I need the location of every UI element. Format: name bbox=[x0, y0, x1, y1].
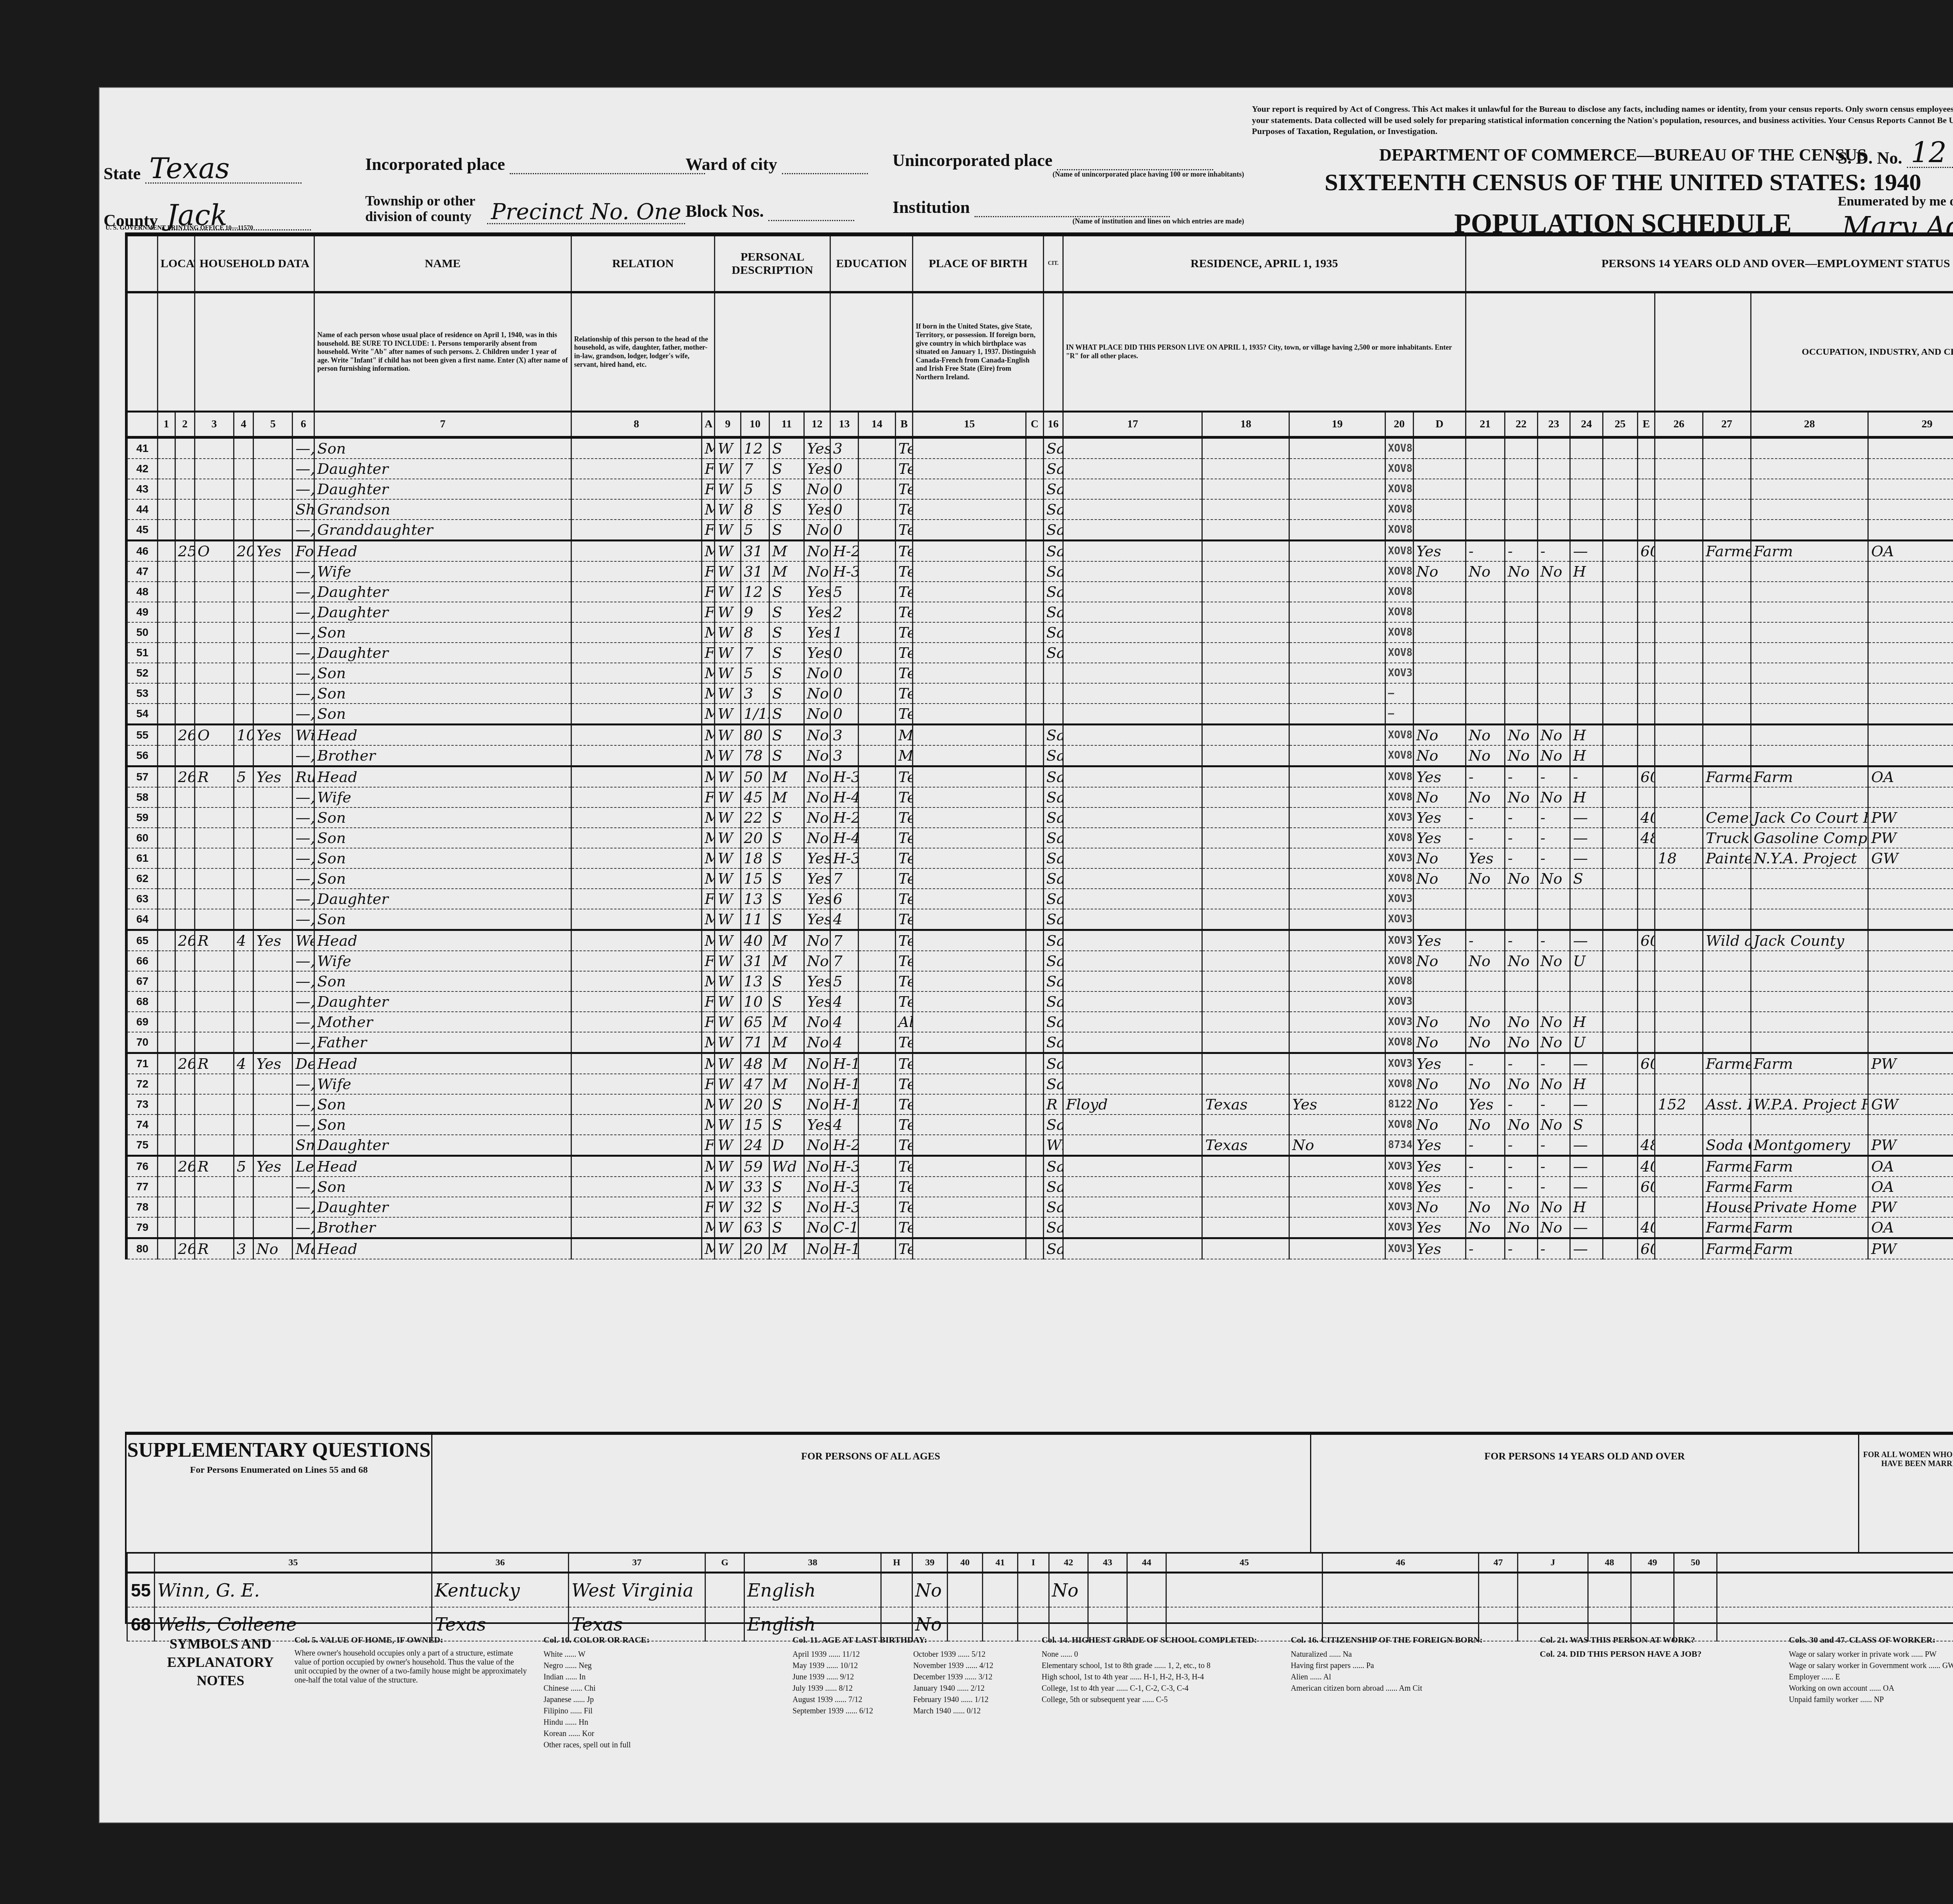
table-row: 44Sharp, ElmerGrandsonMW8SYes0TexasSame … bbox=[127, 499, 1953, 520]
birth-code bbox=[913, 1238, 1026, 1259]
note-item: Naturalized ...... Na bbox=[1291, 1649, 1524, 1660]
sex: F bbox=[702, 643, 714, 663]
citizenship bbox=[1026, 1135, 1044, 1156]
had-job: - bbox=[1537, 807, 1570, 828]
residence-1935-county bbox=[1063, 909, 1202, 930]
class-of-worker: PW bbox=[1868, 1238, 1953, 1259]
home-value bbox=[234, 479, 253, 499]
supp-column-number: 42 bbox=[1049, 1553, 1088, 1573]
had-job bbox=[1537, 991, 1570, 1012]
had-job bbox=[1537, 683, 1570, 704]
hours-worked: 60 bbox=[1637, 541, 1655, 562]
activity-type: — bbox=[1570, 1217, 1603, 1238]
street bbox=[158, 1217, 175, 1238]
weeks-unemployed bbox=[1655, 1012, 1703, 1032]
marital-status: M bbox=[769, 930, 804, 951]
age: 13 bbox=[741, 889, 769, 909]
owned-rented bbox=[195, 909, 234, 930]
line-number: 41 bbox=[127, 438, 158, 459]
column-number: 2 bbox=[175, 412, 195, 438]
residence-1935-city: Same Place bbox=[1043, 766, 1063, 788]
note-item: High school, 1st to 4th year ...... H-1,… bbox=[1042, 1672, 1275, 1683]
highest-grade: 5 bbox=[830, 582, 858, 602]
emergency-work bbox=[1466, 971, 1505, 991]
line-number: 80 bbox=[127, 1238, 158, 1259]
relation-code bbox=[571, 438, 702, 459]
owned-rented bbox=[195, 582, 234, 602]
home-value bbox=[234, 499, 253, 520]
residence-1935-city: Same Place bbox=[1043, 520, 1063, 541]
supp-column-number: 45 bbox=[1166, 1553, 1323, 1573]
marital-status: S bbox=[769, 991, 804, 1012]
home-value bbox=[234, 745, 253, 766]
activity-type bbox=[1570, 909, 1603, 930]
class-of-worker bbox=[1868, 991, 1953, 1012]
owned-rented bbox=[195, 1032, 234, 1053]
street bbox=[158, 1012, 175, 1032]
age: 71 bbox=[741, 1032, 769, 1053]
residence-1935-state: Texas bbox=[1202, 1135, 1289, 1156]
age: 33 bbox=[741, 1177, 769, 1197]
education-code bbox=[859, 1238, 896, 1259]
marital-status: S bbox=[769, 828, 804, 848]
citizenship bbox=[1026, 909, 1044, 930]
race: W bbox=[715, 1135, 741, 1156]
school-attendance: No bbox=[804, 828, 830, 848]
street bbox=[158, 1094, 175, 1115]
owned-rented bbox=[195, 602, 234, 622]
industry: Farm bbox=[1751, 1177, 1868, 1197]
weeks-unemployed bbox=[1655, 643, 1703, 663]
incorporated-place-field: Incorporated place bbox=[365, 154, 705, 174]
occupation bbox=[1703, 622, 1751, 643]
age: 31 bbox=[741, 541, 769, 562]
table-row: 67—, J. C.SonMW13SYes5TexasSame PlaceXOV… bbox=[127, 971, 1953, 991]
class-of-worker bbox=[1868, 643, 1953, 663]
residence-1935-state bbox=[1202, 704, 1289, 725]
birth-code bbox=[913, 561, 1026, 582]
emergency-work: - bbox=[1466, 1156, 1505, 1177]
seeking-work: No bbox=[1505, 725, 1537, 746]
hours-worked bbox=[1637, 889, 1655, 909]
birthplace: Texas bbox=[895, 520, 913, 541]
owned-rented bbox=[195, 991, 234, 1012]
seeking-work bbox=[1505, 991, 1537, 1012]
at-work bbox=[1413, 438, 1466, 459]
street bbox=[158, 663, 175, 683]
emergency-work: No bbox=[1466, 745, 1505, 766]
highest-grade: C-1 bbox=[830, 1217, 858, 1238]
incorporated-place-value bbox=[510, 173, 705, 174]
supp-column-number: 48 bbox=[1588, 1553, 1631, 1573]
relation-code bbox=[571, 1177, 702, 1197]
column-number: 6 bbox=[293, 412, 314, 438]
sex: M bbox=[702, 622, 714, 643]
birthplace: Texas bbox=[895, 1135, 913, 1156]
home-value bbox=[234, 1032, 253, 1053]
house-number: 260 bbox=[175, 725, 195, 746]
farm-residence: No bbox=[253, 1238, 293, 1259]
person-name: —, Vernon bbox=[293, 1115, 314, 1135]
person-name: —, Robert bbox=[293, 1094, 314, 1115]
residence-1935-state bbox=[1202, 1053, 1289, 1074]
relation-code bbox=[571, 1012, 702, 1032]
note-col14-list: None ...... 0Elementary school, 1st to 8… bbox=[1042, 1649, 1275, 1706]
sex: M bbox=[702, 1032, 714, 1053]
age: 1/12 bbox=[741, 704, 769, 725]
residence-1935-state bbox=[1202, 766, 1289, 788]
house-number: 261 bbox=[175, 766, 195, 788]
occupation: Wild animal trapper bbox=[1703, 930, 1751, 951]
activity-type: H bbox=[1570, 745, 1603, 766]
birthplace: Texas bbox=[895, 787, 913, 807]
note-col21-24: Col. 21. WAS THIS PERSON AT WORK? Col. 2… bbox=[1540, 1635, 1773, 1799]
owned-rented bbox=[195, 643, 234, 663]
race: W bbox=[715, 745, 741, 766]
table-row: 43—, NoraDaughterFW5SNo0TexasSame PlaceX… bbox=[127, 479, 1953, 499]
desc-relation: Relationship of this person to the head … bbox=[571, 292, 715, 412]
residence-1935-farm bbox=[1289, 499, 1385, 520]
sex: M bbox=[702, 683, 714, 704]
occupation: Asst. Ledger bbox=[1703, 1094, 1751, 1115]
street bbox=[158, 991, 175, 1012]
seeking-work bbox=[1505, 622, 1537, 643]
hours-worked bbox=[1637, 704, 1655, 725]
hours-worked: 40 bbox=[1637, 1156, 1655, 1177]
relation-code bbox=[571, 1238, 702, 1259]
residence-1935-farm bbox=[1289, 909, 1385, 930]
industry: Private Home bbox=[1751, 1197, 1868, 1217]
emergency-work: - bbox=[1466, 766, 1505, 788]
residence-1935-state bbox=[1202, 541, 1289, 562]
residence-1935-city: Same Place bbox=[1043, 1217, 1063, 1238]
home-value bbox=[234, 1094, 253, 1115]
street bbox=[158, 787, 175, 807]
race: W bbox=[715, 663, 741, 683]
occupation: Farmer bbox=[1703, 766, 1751, 788]
education-code bbox=[859, 909, 896, 930]
activity-type bbox=[1570, 438, 1603, 459]
highest-grade: 4 bbox=[830, 991, 858, 1012]
relation: Mother bbox=[314, 1012, 571, 1032]
class-of-worker bbox=[1868, 725, 1953, 746]
column-number: 5 bbox=[253, 412, 293, 438]
education-code bbox=[859, 438, 896, 459]
supp-column-number: 35 bbox=[155, 1553, 432, 1573]
occupation bbox=[1703, 1012, 1751, 1032]
house-number bbox=[175, 582, 195, 602]
birth-code bbox=[913, 438, 1026, 459]
at-work bbox=[1413, 971, 1466, 991]
race: W bbox=[715, 1074, 741, 1094]
residence-1935-state bbox=[1202, 499, 1289, 520]
race: W bbox=[715, 991, 741, 1012]
table-row: 48—, Nina FayDaughterFW12SYes5TexasSame … bbox=[127, 582, 1953, 602]
home-value bbox=[234, 848, 253, 868]
sex: M bbox=[702, 704, 714, 725]
birthplace: Missouri bbox=[895, 745, 913, 766]
residence-code: XOV3 bbox=[1385, 1197, 1413, 1217]
weeks-unemployed bbox=[1655, 725, 1703, 746]
occupation bbox=[1703, 438, 1751, 459]
age: 22 bbox=[741, 807, 769, 828]
note-item: Negro ...... Neg bbox=[543, 1660, 777, 1672]
occupation bbox=[1703, 663, 1751, 683]
citizenship bbox=[1026, 1197, 1044, 1217]
class-of-worker bbox=[1868, 1032, 1953, 1053]
relation-code bbox=[571, 745, 702, 766]
race: W bbox=[715, 971, 741, 991]
farm-residence bbox=[253, 909, 293, 930]
emergency-work: - bbox=[1466, 1053, 1505, 1074]
relation-code bbox=[571, 1094, 702, 1115]
relation: Son bbox=[314, 1115, 571, 1135]
residence-1935-city: Same Place bbox=[1043, 1197, 1063, 1217]
employment-code bbox=[1603, 1135, 1637, 1156]
seeking-work: - bbox=[1505, 1094, 1537, 1115]
occupation bbox=[1703, 745, 1751, 766]
sex: M bbox=[702, 828, 714, 848]
highest-grade: H-3 bbox=[830, 561, 858, 582]
house-number bbox=[175, 499, 195, 520]
occupation bbox=[1703, 582, 1751, 602]
residence-1935-county bbox=[1063, 704, 1202, 725]
marital-status: S bbox=[769, 868, 804, 889]
marital-status: S bbox=[769, 438, 804, 459]
note-item: Chinese ...... Chi bbox=[543, 1683, 777, 1694]
emergency-work: - bbox=[1466, 930, 1505, 951]
desc-line bbox=[127, 292, 158, 412]
person-name: —, Henry bbox=[293, 438, 314, 459]
age: 40 bbox=[741, 930, 769, 951]
employment-code bbox=[1603, 1074, 1637, 1094]
residence-1935-county bbox=[1063, 643, 1202, 663]
weeks-unemployed bbox=[1655, 438, 1703, 459]
supp-blank bbox=[1631, 1573, 1674, 1608]
activity-type: — bbox=[1570, 1053, 1603, 1074]
education-code bbox=[859, 1115, 896, 1135]
marital-status: S bbox=[769, 909, 804, 930]
note-item: Having first papers ...... Pa bbox=[1291, 1660, 1524, 1672]
sex: M bbox=[702, 663, 714, 683]
weeks-unemployed bbox=[1655, 1032, 1703, 1053]
school-attendance: No bbox=[804, 1135, 830, 1156]
industry: Jack Co Court House bbox=[1751, 807, 1868, 828]
birth-code bbox=[913, 787, 1026, 807]
birth-code bbox=[913, 889, 1026, 909]
note-item: February 1940 ...... 1/12 bbox=[913, 1694, 1026, 1706]
line-number: 44 bbox=[127, 499, 158, 520]
note-item: None ...... 0 bbox=[1042, 1649, 1275, 1660]
citizenship bbox=[1026, 1074, 1044, 1094]
relation: Head bbox=[314, 1053, 571, 1074]
birthplace: Texas bbox=[895, 499, 913, 520]
race: W bbox=[715, 807, 741, 828]
residence-1935-state: Texas bbox=[1202, 1094, 1289, 1115]
occupation bbox=[1703, 704, 1751, 725]
street bbox=[158, 745, 175, 766]
activity-type bbox=[1570, 704, 1603, 725]
residence-1935-farm bbox=[1289, 541, 1385, 562]
note-col10-list: White ...... WNegro ...... NegIndian ...… bbox=[543, 1649, 777, 1751]
note-item: Employer ...... E bbox=[1789, 1672, 1953, 1683]
birth-code bbox=[913, 1115, 1026, 1135]
relation: Daughter bbox=[314, 991, 571, 1012]
home-value bbox=[234, 787, 253, 807]
activity-type: — bbox=[1570, 807, 1603, 828]
birth-code bbox=[913, 1074, 1026, 1094]
education-code bbox=[859, 1053, 896, 1074]
relation: Son bbox=[314, 704, 571, 725]
birthplace: Texas bbox=[895, 930, 913, 951]
person-name: —, Robert bbox=[293, 868, 314, 889]
birth-code bbox=[913, 602, 1026, 622]
class-of-worker bbox=[1868, 787, 1953, 807]
owned-rented: O bbox=[195, 725, 234, 746]
citizenship bbox=[1026, 704, 1044, 725]
highest-grade: 4 bbox=[830, 1032, 858, 1053]
age: 78 bbox=[741, 745, 769, 766]
farm-residence bbox=[253, 991, 293, 1012]
citizenship bbox=[1026, 479, 1044, 499]
marital-status: S bbox=[769, 1177, 804, 1197]
home-value bbox=[234, 807, 253, 828]
table-row: 76264R5YesLester, J. B. Sr. (X)HeadMW59W… bbox=[127, 1156, 1953, 1177]
had-job: No bbox=[1537, 787, 1570, 807]
occupation bbox=[1703, 889, 1751, 909]
marital-status: S bbox=[769, 622, 804, 643]
activity-type: H bbox=[1570, 1012, 1603, 1032]
education-code bbox=[859, 1094, 896, 1115]
birth-code bbox=[913, 1197, 1026, 1217]
line-number: 53 bbox=[127, 683, 158, 704]
citizenship bbox=[1026, 622, 1044, 643]
residence-1935-farm bbox=[1289, 683, 1385, 704]
hours-worked bbox=[1637, 479, 1655, 499]
desc-birth: If born in the United States, give State… bbox=[913, 292, 1043, 412]
industry bbox=[1751, 868, 1868, 889]
note-item: Wage or salary worker in private work ..… bbox=[1789, 1649, 1953, 1660]
owned-rented bbox=[195, 848, 234, 868]
home-value bbox=[234, 971, 253, 991]
note-item: American citizen born abroad ...... Am C… bbox=[1291, 1683, 1524, 1694]
house-number bbox=[175, 991, 195, 1012]
employment-code bbox=[1603, 1115, 1637, 1135]
race: W bbox=[715, 889, 741, 909]
hours-worked bbox=[1637, 1074, 1655, 1094]
farm-residence bbox=[253, 582, 293, 602]
school-attendance: No bbox=[804, 479, 830, 499]
emergency-work bbox=[1466, 683, 1505, 704]
residence-code: XOV3 bbox=[1385, 930, 1413, 951]
birthplace: Texas bbox=[895, 541, 913, 562]
employment-code bbox=[1603, 459, 1637, 479]
census-page: 16-292 A State Texas County Jack Incorpo… bbox=[100, 88, 1953, 1822]
had-job bbox=[1537, 889, 1570, 909]
activity-type bbox=[1570, 971, 1603, 991]
at-work: No bbox=[1413, 1094, 1466, 1115]
street bbox=[158, 541, 175, 562]
class-of-worker bbox=[1868, 951, 1953, 971]
relation-code bbox=[571, 663, 702, 683]
sex: M bbox=[702, 1156, 714, 1177]
column-number: 26 bbox=[1655, 412, 1703, 438]
residence-1935-county bbox=[1063, 1177, 1202, 1197]
supp-column-number: I bbox=[1018, 1553, 1049, 1573]
residence-1935-county bbox=[1063, 541, 1202, 562]
highest-grade: H-2 bbox=[830, 541, 858, 562]
residence-code: XOV3 bbox=[1385, 663, 1413, 683]
education-code bbox=[859, 868, 896, 889]
emergency-work bbox=[1466, 643, 1505, 663]
seeking-work: No bbox=[1505, 745, 1537, 766]
table-row: 52—, BillieSonMW5SNo0TexasXOV352 bbox=[127, 663, 1953, 683]
residence-1935-city: Same Place bbox=[1043, 807, 1063, 828]
relation-code bbox=[571, 909, 702, 930]
age: 20 bbox=[741, 1238, 769, 1259]
home-value bbox=[234, 951, 253, 971]
house-number bbox=[175, 889, 195, 909]
highest-grade: 4 bbox=[830, 909, 858, 930]
birthplace: Texas bbox=[895, 889, 913, 909]
weeks-unemployed bbox=[1655, 971, 1703, 991]
supp-column-number: G bbox=[705, 1553, 744, 1573]
occupation bbox=[1703, 909, 1751, 930]
person-name: —, Lillie (X) bbox=[293, 951, 314, 971]
had-job: - bbox=[1537, 766, 1570, 788]
employment-code bbox=[1603, 1238, 1637, 1259]
farm-residence bbox=[253, 459, 293, 479]
line-number: 71 bbox=[127, 1053, 158, 1074]
relation: Son bbox=[314, 807, 571, 828]
note-col30-title: Cols. 30 and 47. CLASS OF WORKER: bbox=[1789, 1635, 1953, 1645]
birth-code bbox=[913, 807, 1026, 828]
institution-note: (Name of institution and lines on which … bbox=[893, 217, 1244, 225]
residence-code: XOV8 bbox=[1385, 438, 1413, 459]
employment-code bbox=[1603, 745, 1637, 766]
hours-worked bbox=[1637, 683, 1655, 704]
residence-1935-city bbox=[1043, 663, 1063, 683]
sex: F bbox=[702, 1012, 714, 1032]
class-of-worker: PW bbox=[1868, 1053, 1953, 1074]
weeks-unemployed bbox=[1655, 1074, 1703, 1094]
residence-1935-city: Same Place bbox=[1043, 1074, 1063, 1094]
hours-worked bbox=[1637, 1094, 1655, 1115]
emergency-work: - bbox=[1466, 1177, 1505, 1197]
emergency-work bbox=[1466, 520, 1505, 541]
race: W bbox=[715, 787, 741, 807]
hours-worked bbox=[1637, 787, 1655, 807]
industry: Farm bbox=[1751, 1156, 1868, 1177]
hours-worked: 48 bbox=[1637, 1135, 1655, 1156]
activity-type bbox=[1570, 479, 1603, 499]
residence-1935-city: Same Place bbox=[1043, 971, 1063, 991]
residence-code: XOV8 bbox=[1385, 1177, 1413, 1197]
supp-blank bbox=[948, 1573, 983, 1608]
at-work bbox=[1413, 663, 1466, 683]
seeking-work: No bbox=[1505, 787, 1537, 807]
school-attendance: Yes bbox=[804, 602, 830, 622]
line-number: 43 bbox=[127, 479, 158, 499]
birthplace: Missouri bbox=[895, 725, 913, 746]
confidentiality-notice: Your report is required by Act of Congre… bbox=[1252, 104, 1953, 137]
at-work bbox=[1413, 622, 1466, 643]
owned-rented bbox=[195, 1135, 234, 1156]
emergency-work bbox=[1466, 704, 1505, 725]
residence-1935-city: Same Place bbox=[1043, 1032, 1063, 1053]
owned-rented bbox=[195, 438, 234, 459]
emergency-work: No bbox=[1466, 1217, 1505, 1238]
